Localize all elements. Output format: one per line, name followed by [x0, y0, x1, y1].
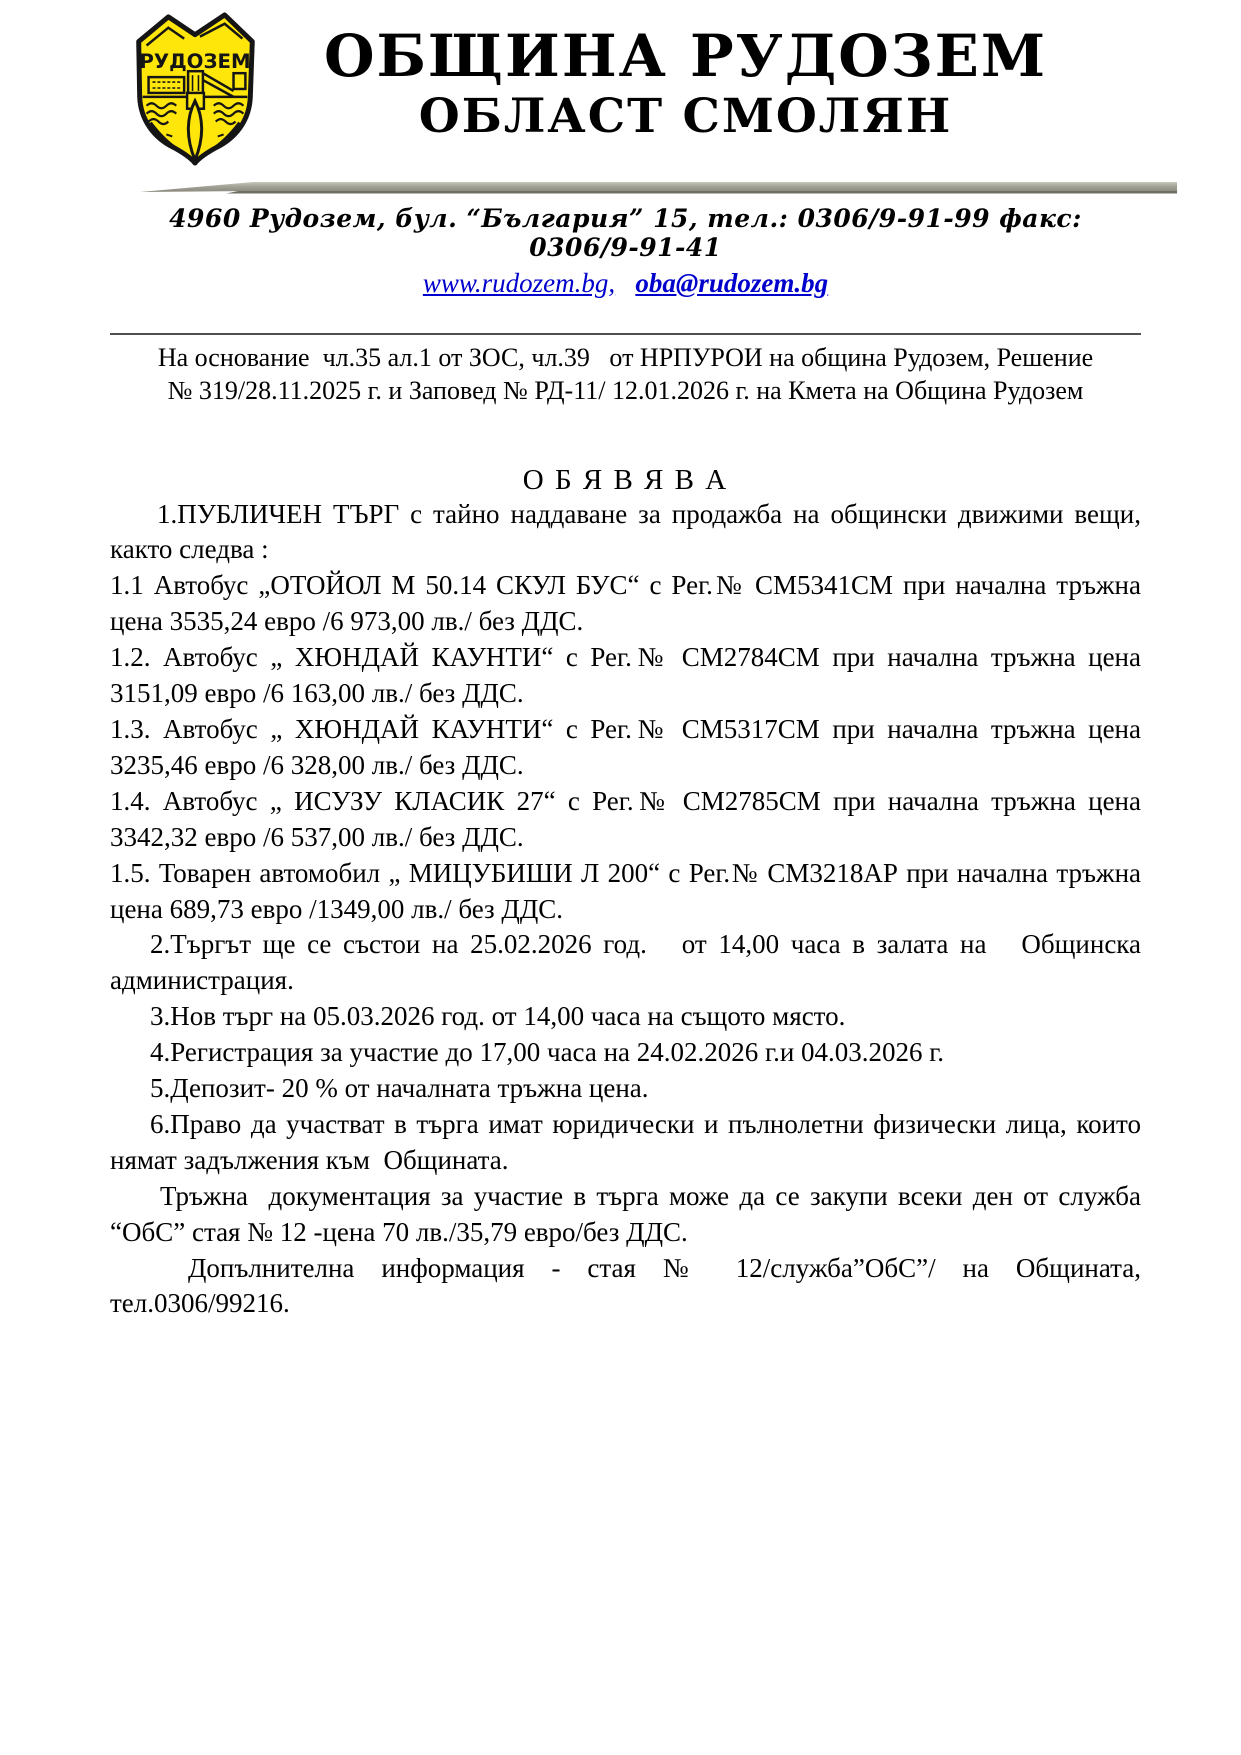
lot-item: 1.2. Автобус „ ХЮНДАЙ КАУНТИ“ с Рег.№ СМ… [110, 640, 1141, 712]
auction-intro-paragraph: 1.ПУБЛИЧЕН ТЪРГ с тайно наддаване за про… [110, 497, 1141, 569]
term-deposit: 5.Депозит- 20 % от началната тръжна цена… [110, 1071, 1141, 1107]
page-title: ОБЩИНА РУДОЗЕМ [230, 26, 1141, 86]
term-second-auction: 3.Нов търг на 05.03.2026 год. от 14,00 ч… [110, 999, 1141, 1035]
documentation-purchase-paragraph: Тръжна документация за участие в търга м… [110, 1179, 1141, 1251]
term-registration: 4.Регистрация за участие до 17,00 часа н… [110, 1035, 1141, 1071]
term-auction-date: 2.Търгът ще се състои на 25.02.2026 год.… [110, 927, 1141, 999]
email-link[interactable]: oba@rudozem.bg [635, 268, 828, 298]
coat-of-arms-banner-text: РУДОЗЕМ [139, 50, 250, 73]
lot-item: 1.4. Автобус „ ИСУЗУ КЛАСИК 27“ с Рег.№ … [110, 784, 1141, 856]
website-line: www.rudozem.bg, oba@rudozem.bg [110, 268, 1141, 299]
lot-item: 1.5. Товарен автомобил „ МИЦУБИШИ Л 200“… [110, 856, 1141, 928]
lot-item: 1.1 Автобус „ОТОЙОЛ М 50.14 СКУЛ БУС“ с … [110, 568, 1141, 640]
lot-item: 1.3. Автобус „ ХЮНДАЙ КАУНТИ“ с Рег.№ СМ… [110, 712, 1141, 784]
address-line: 4960 Рудозем, бул. “България” 15, тел.: … [110, 204, 1141, 262]
letterhead: РУДОЗЕМ [110, 0, 1141, 168]
legal-basis-paragraph: На основание чл.35 ал.1 от ЗОС, чл.39 от… [110, 333, 1141, 408]
municipality-coat-of-arms-icon: РУДОЗЕМ [128, 6, 262, 168]
website-link[interactable]: www.rudozem.bg, [423, 268, 615, 298]
header-divider-rule [140, 178, 1181, 196]
document-page: РУДОЗЕМ [0, 0, 1241, 1755]
additional-info-paragraph: Допълнителна информация - стая № 12/служ… [110, 1251, 1141, 1323]
term-eligibility: 6.Право да участват в търга имат юридиче… [110, 1107, 1141, 1179]
page-subtitle: ОБЛАСТ СМОЛЯН [230, 92, 1141, 141]
announcement-heading: О Б Я В Я В А [110, 464, 1141, 497]
